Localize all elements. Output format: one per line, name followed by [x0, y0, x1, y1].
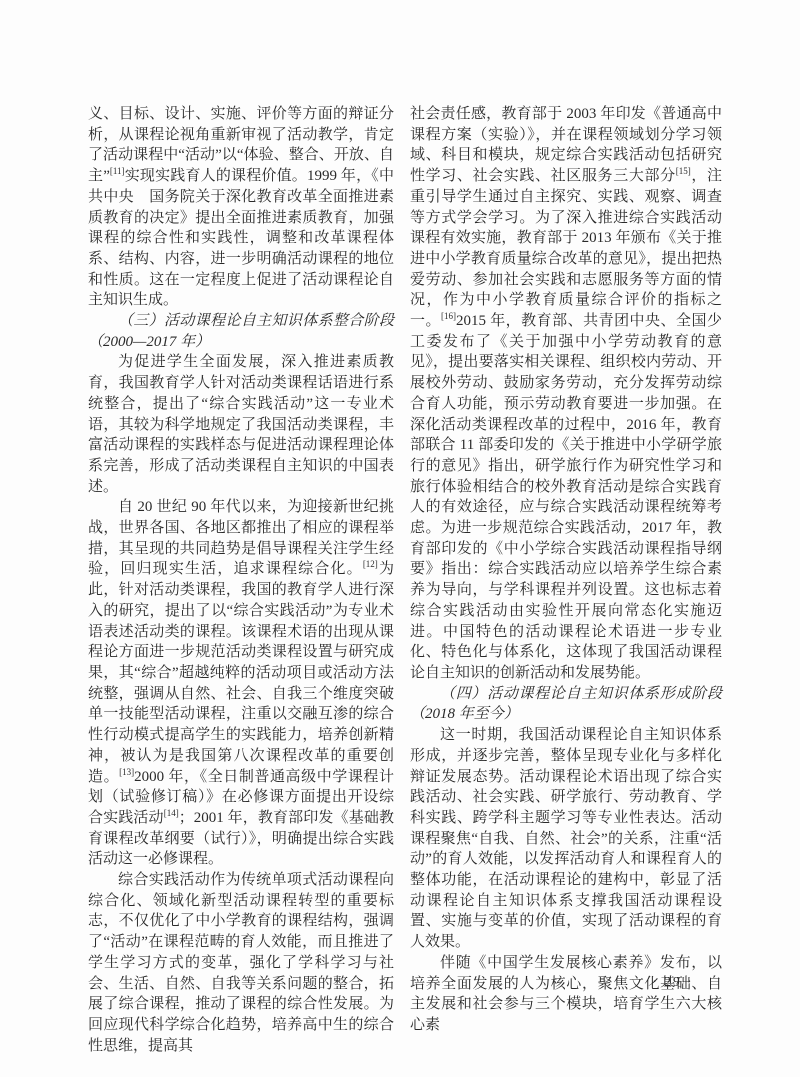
- text-run: （四）活动课程论自主知识体系形成阶段（2018 年至今）: [410, 686, 722, 723]
- right-column: 社会责任感，教育部于 2003 年印发《普通高中课程方案（实验）》，并在课程领域…: [410, 104, 722, 1056]
- text-run: 综合实践活动作为传统单项式活动课程向综合化、领域化新型活动课程转型的重要标志，不…: [88, 872, 394, 1054]
- text-run: 自 20 世纪 90 年代以来，为迎接新世纪挑战，世界各国、各地区都推出了相应的…: [88, 499, 394, 577]
- paragraph: 社会责任感，教育部于 2003 年印发《普通高中课程方案（实验）》，并在课程领域…: [410, 104, 722, 684]
- text-run: 实现实践育人的课程价值。1999 年，《中共中央 国务院关于深化教育改革全面推进…: [88, 168, 394, 308]
- citation-ref: [13]: [119, 767, 134, 777]
- paragraph: 自 20 世纪 90 年代以来，为迎接新世纪挑战，世界各国、各地区都推出了相应的…: [88, 497, 394, 870]
- text-run: 2015 年，教育部、共青团中央、全国少工委发布了《关于加强中小学劳动教育的意见…: [410, 313, 722, 681]
- text-run: 这一时期，我国活动课程论自主知识体系形成，并逐步完善，整体呈现专业化与多样化辩证…: [410, 727, 722, 950]
- document-page: 义、目标、设计、实施、评价等方面的辩证分析，从课程论视角重新审视了活动教学，肯定…: [0, 0, 800, 1077]
- text-run: 为此，针对活动类课程，我国的教育学人进行深入的研究，提出了以“综合实践活动”为专…: [88, 561, 394, 784]
- paragraph: 这一时期，我国活动课程论自主知识体系形成，并逐步完善，整体呈现专业化与多样化辩证…: [410, 725, 722, 953]
- section-heading: （四）活动课程论自主知识体系形成阶段（2018 年至今）: [410, 684, 722, 725]
- text-run: （三）活动课程论自主知识体系整合阶段（2000—2017 年）: [88, 313, 394, 350]
- citation-ref: [15]: [676, 166, 691, 176]
- paragraph: 义、目标、设计、实施、评价等方面的辩证分析，从课程论视角重新审视了活动教学，肯定…: [88, 104, 394, 311]
- text-run: 为促进学生全面发展，深入推进素质教育，我国教育学人针对活动类课程话语进行系统整合…: [88, 354, 394, 494]
- text-run: 伴随《中国学生发展核心素养》发布，以培养全面发展的人为核心，聚焦文化基础、自主发…: [410, 955, 722, 1033]
- paragraph: 综合实践活动作为传统单项式活动课程向综合化、领域化新型活动课程转型的重要标志，不…: [88, 870, 394, 1056]
- left-column: 义、目标、设计、实施、评价等方面的辩证分析，从课程论视角重新审视了活动教学，肯定…: [88, 104, 394, 1056]
- citation-ref: [14]: [164, 808, 179, 818]
- paragraph: 伴随《中国学生发展核心素养》发布，以培养全面发展的人为核心，聚焦文化基础、自主发…: [410, 953, 722, 1036]
- two-column-layout: 义、目标、设计、实施、评价等方面的辩证分析，从课程论视角重新审视了活动教学，肯定…: [88, 104, 722, 1056]
- paragraph: 为促进学生全面发展，深入推进素质教育，我国教育学人针对活动类课程话语进行系统整合…: [88, 352, 394, 497]
- citation-ref: [12]: [363, 559, 378, 569]
- citation-ref: [16]: [441, 311, 456, 321]
- page-number: · 29 ·: [630, 974, 716, 990]
- section-heading: （三）活动课程论自主知识体系整合阶段（2000—2017 年）: [88, 311, 394, 352]
- citation-ref: [11]: [110, 166, 125, 176]
- text-run: ，注重引导学生通过自主探究、实践、观察、调查等方式学会学习。为了深入推进综合实践…: [410, 168, 722, 329]
